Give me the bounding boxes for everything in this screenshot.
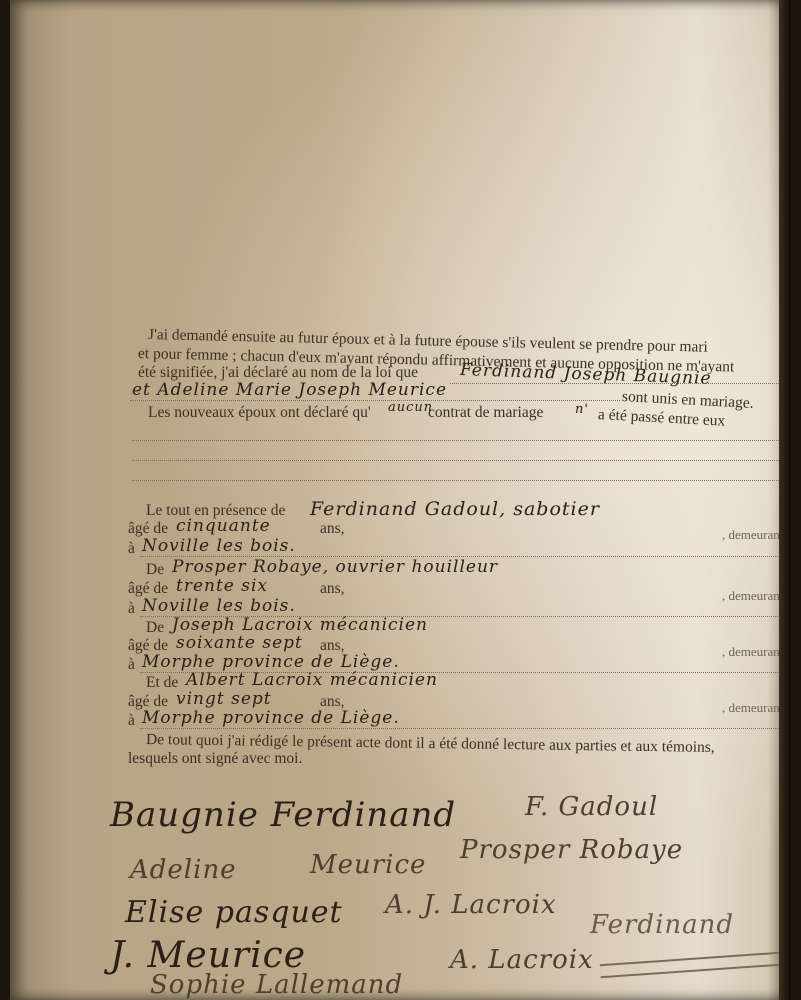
register-page: J'ai demandé ensuite au futur époux et à…: [10, 0, 791, 1000]
signature-flourish: [600, 952, 781, 979]
witness-1-residence-label: , demeurant: [722, 527, 783, 543]
signature-adeline: Adeline: [130, 855, 237, 885]
witness-2-residence-prefix: à: [128, 600, 135, 618]
witness-4-residence: Morphe province de Liège.: [142, 708, 400, 728]
contract-mid: contrat de mariage: [428, 404, 543, 422]
witness-2-residence: Noville les bois.: [142, 596, 296, 616]
witness-2-prefix: De: [146, 561, 164, 579]
blank-line: [132, 440, 787, 441]
signature-officer: Ferdinand: [590, 910, 734, 940]
bride-name: et Adeline Marie Joseph Meurice: [132, 380, 447, 400]
signature-a-lacroix: A. Lacroix: [450, 945, 594, 975]
witness-4-residence-prefix: à: [128, 712, 135, 730]
witness-3-residence: Morphe province de Liège.: [142, 652, 400, 672]
signature-robaye: Prosper Robaye: [460, 835, 683, 865]
signature-groom: Baugnie Ferdinand: [110, 795, 456, 835]
witness-2-name: Prosper Robaye, ouvrier houilleur: [172, 557, 498, 577]
blank-line: [132, 480, 787, 481]
witness-4-name: Albert Lacroix mécanicien: [186, 670, 438, 690]
witness-2-residence-label: , demeurant: [722, 588, 783, 604]
witness-1-name: Ferdinand Gadoul, sabotier: [310, 498, 600, 520]
witness-2-age-suffix: ans,: [320, 580, 345, 598]
closing-line-2: lesquels ont signé avec moi.: [128, 750, 302, 768]
contract-aucun: aucun: [388, 400, 433, 415]
witness-4-age: vingt sept: [176, 689, 272, 709]
witness-3-residence-label: , demeurant: [722, 644, 783, 660]
witness-4-prefix: Et de: [146, 674, 178, 692]
witness-1-residence-prefix: à: [128, 540, 135, 558]
signature-lallemand: Sophie Lallemand: [150, 970, 403, 1000]
signature-aj-lacroix: A. J. Lacroix: [385, 890, 557, 920]
witness-3-name: Joseph Lacroix mécanicien: [172, 615, 428, 635]
groom-line: [450, 383, 785, 384]
witness-4-line: [140, 728, 790, 729]
binding-edge: [779, 0, 791, 1000]
witness-4-residence-label: , demeurant: [722, 700, 783, 716]
contract-n: n': [575, 402, 589, 417]
witness-1-residence: Noville les bois.: [142, 536, 296, 556]
witness-3-residence-prefix: à: [128, 656, 135, 674]
blank-line: [132, 460, 787, 461]
signature-pasquet: Elise pasquet: [125, 895, 343, 930]
signature-gadoul: F. Gadoul: [525, 792, 658, 822]
signature-meurice: Meurice: [310, 850, 426, 880]
contract-prefix: Les nouveaux époux ont déclaré qu': [148, 404, 371, 422]
witness-3-prefix: De: [146, 619, 164, 637]
bride-line: [130, 400, 620, 401]
witness-1-age: cinquante: [176, 516, 271, 536]
witness-1-age-suffix: ans,: [320, 520, 345, 538]
witness-3-age: soixante sept: [176, 633, 303, 653]
witness-2-age: trente six: [176, 576, 268, 596]
